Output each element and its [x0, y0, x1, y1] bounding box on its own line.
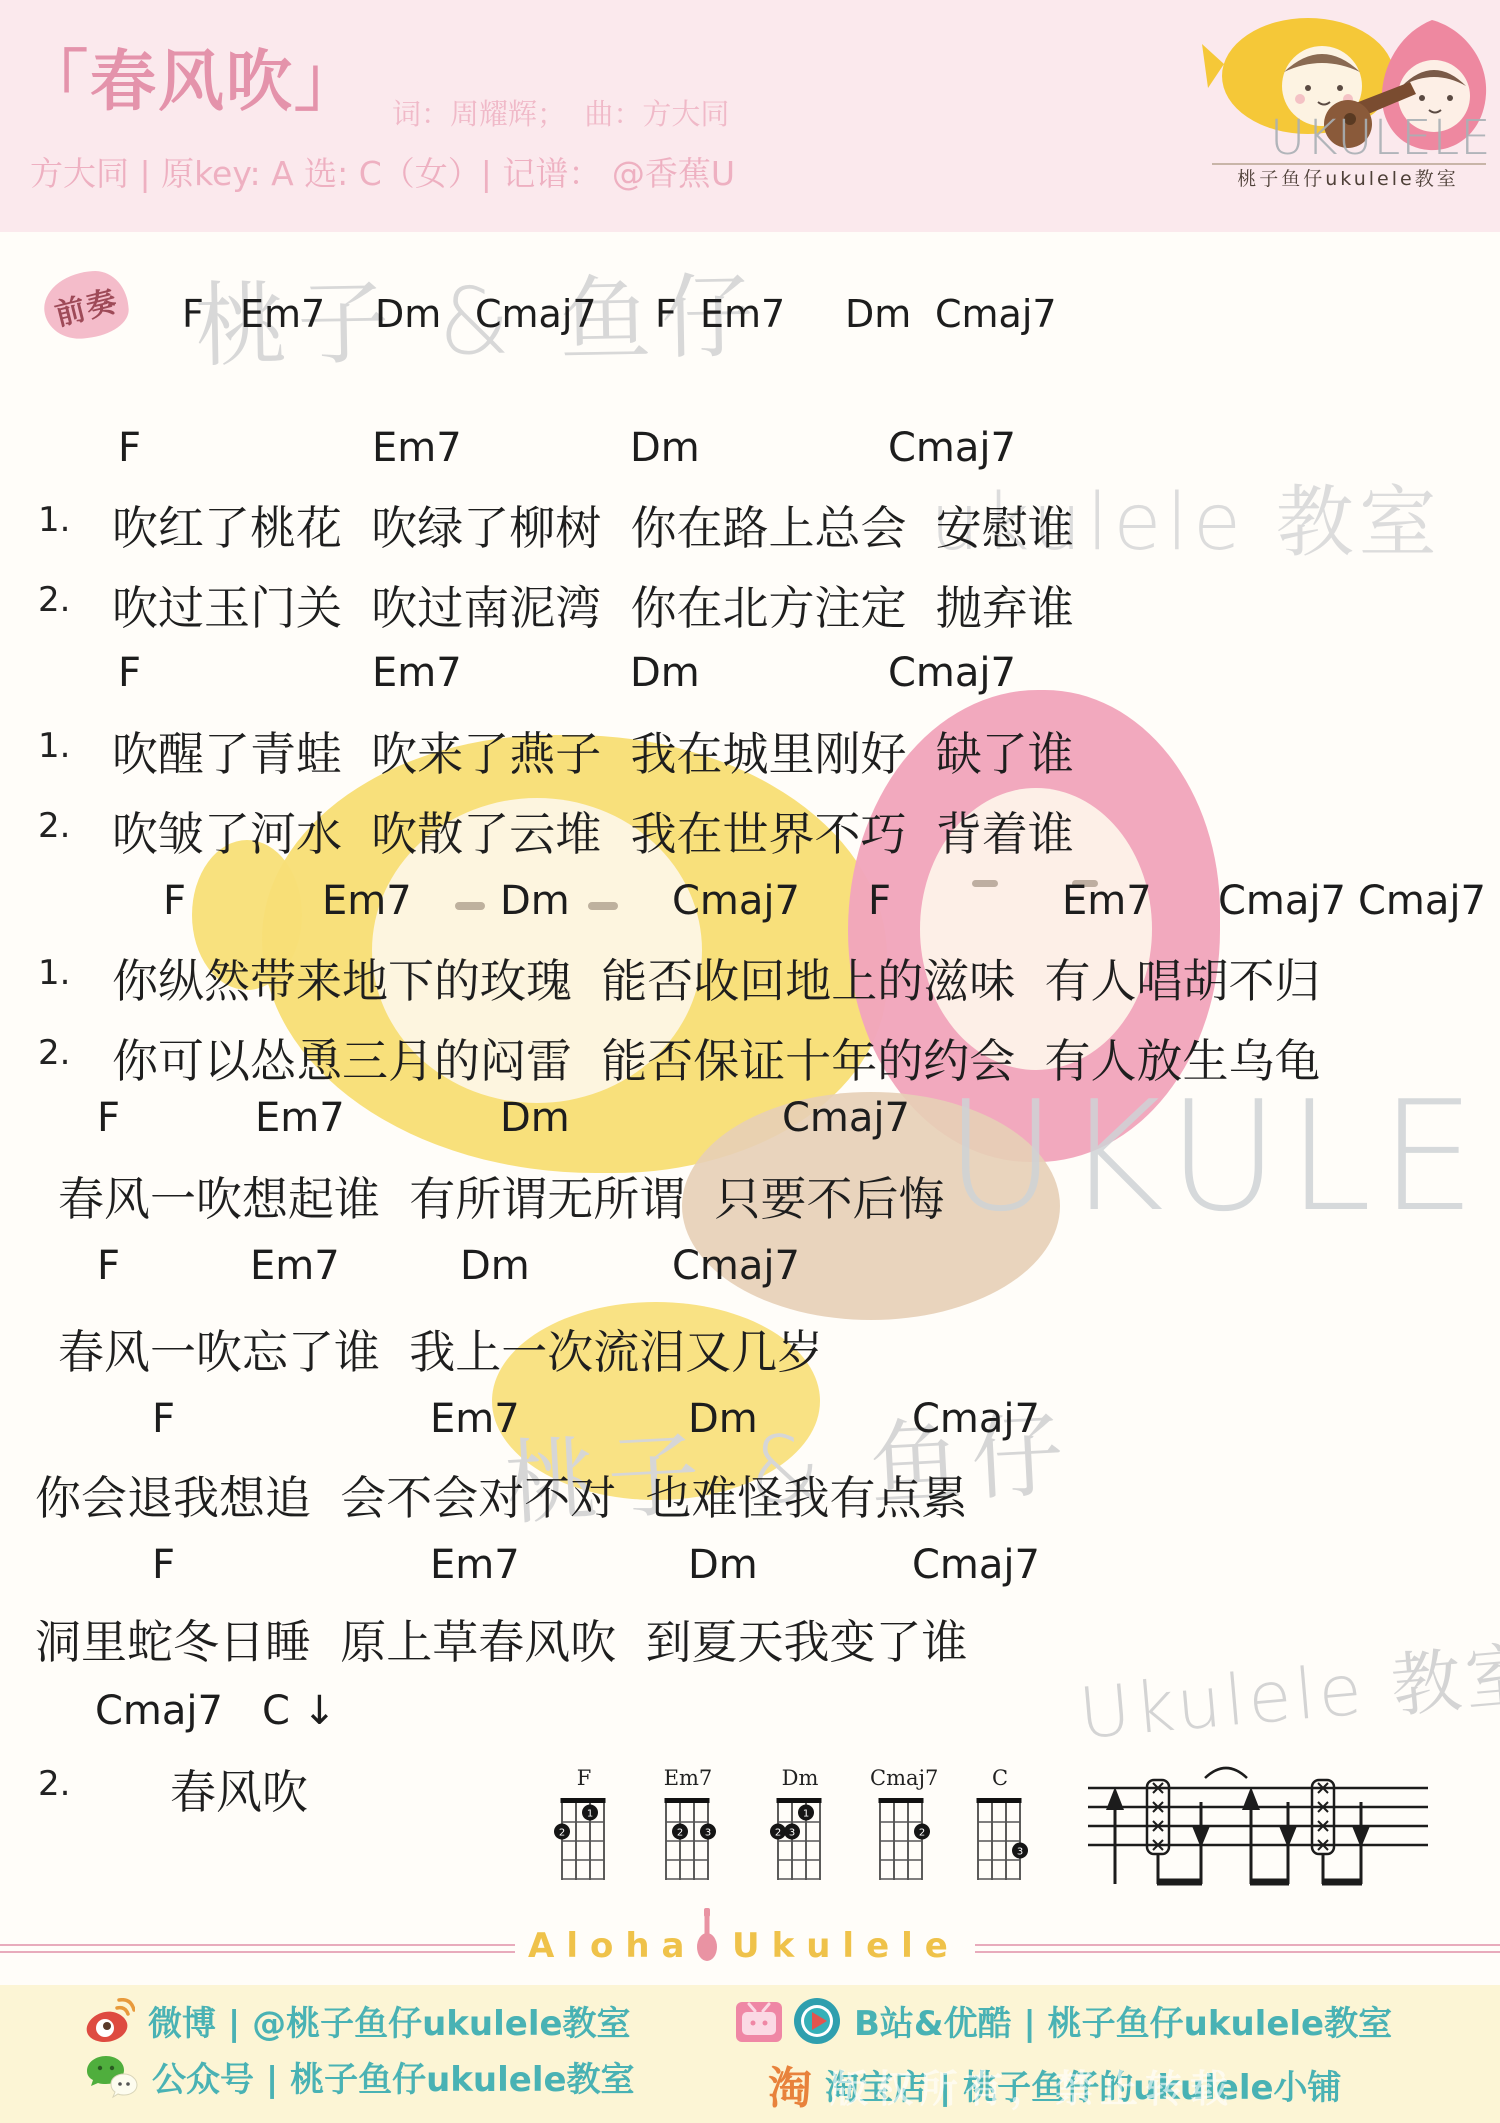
- chord-label: Cmaj7: [912, 1396, 1040, 1442]
- copyright-watermark: 版权所有，禁止转载: [830, 2058, 1235, 2113]
- chord-diagram-Cmaj7: Cmaj72: [870, 1766, 934, 1888]
- svg-text:2: 2: [559, 1827, 565, 1838]
- lyric-line: 你会退我想追 会不会对不对 也难怪我有点累: [0, 1462, 1500, 1524]
- chord-label: Cmaj7: [888, 425, 1016, 471]
- studio-logo-icon: UKULELE 桃子鱼仔ukulele教室: [1200, 6, 1495, 190]
- chord-label: Em7: [430, 1542, 520, 1588]
- verse-number: 1.: [38, 726, 70, 766]
- svg-text:1: 1: [803, 1808, 809, 1819]
- divider-line-right: [975, 1944, 1500, 1953]
- footer-link-label: 公众号 | 桃子鱼仔ukulele教室: [152, 2052, 635, 2101]
- chord-label: F: [118, 650, 141, 696]
- chord-label: Cmaj7: [888, 650, 1016, 696]
- chord-label: Cmaj7: [95, 1688, 223, 1734]
- lyric-text: 洞里蛇冬日睡 原上草春风吹 到夏天我变了谁: [35, 1606, 968, 1672]
- chord-row: Cmaj7C ↓: [0, 1688, 1500, 1740]
- footer-link-video: B站&优酷 | 桃子鱼仔ukulele教室: [735, 1996, 1392, 2045]
- verse-number: 1.: [38, 500, 70, 540]
- chord-label: Cmaj7: [1218, 878, 1346, 924]
- lyric-line: 2.你可以怂恿三月的闷雷 能否保证十年的约会 有人放生乌龟: [0, 1025, 1500, 1087]
- song-title: 「春风吹」: [22, 28, 362, 123]
- ukulele-text: Ukulele: [732, 1926, 960, 1966]
- lyric-text: 你会退我想追 会不会对不对 也难怪我有点累: [35, 1462, 968, 1528]
- chord-sheet-page: 桃子 & 鱼仔 ukulele 教室 UKULELE 桃子 & 鱼仔 Ukule…: [0, 0, 1500, 2123]
- fretboard-grid-icon: 3: [970, 1790, 1030, 1884]
- fretboard-grid-icon: 23: [658, 1790, 718, 1884]
- svg-text:3: 3: [1017, 1846, 1023, 1857]
- chord-label: Dm: [500, 878, 570, 924]
- chord-label: F: [118, 425, 141, 471]
- lyric-text: 春风吹: [170, 1756, 308, 1822]
- chord-diagram-label: F: [552, 1766, 616, 1790]
- svg-text:2: 2: [919, 1827, 925, 1838]
- chord-label: Cmaj7: [935, 292, 1057, 336]
- chord-label: Dm: [630, 650, 700, 696]
- chord-diagram-Dm: Dm231: [768, 1766, 832, 1888]
- chord-label: Em7: [240, 292, 325, 336]
- lyric-line: 春风一吹想起谁 有所谓无所谓 只要不后悔: [0, 1163, 1500, 1225]
- lyric-text: 吹醒了青蛙 吹来了燕子 我在城里刚好 缺了谁: [112, 718, 1074, 784]
- chord-label: F: [182, 292, 204, 336]
- chord-label: Dm: [688, 1542, 758, 1588]
- chord-diagram-label: Em7: [656, 1766, 720, 1790]
- fretboard-grid-icon: 231: [770, 1790, 830, 1884]
- verse-number: 1.: [38, 953, 70, 993]
- chord-row: FEm7DmCmaj7: [0, 425, 1500, 477]
- chord-row: FEm7DmCmaj7: [0, 1396, 1500, 1448]
- chord-label: Dm: [845, 292, 911, 336]
- chord-diagram-Em7: Em723: [656, 1766, 720, 1888]
- chord-label: Dm: [500, 1095, 570, 1141]
- chord-label: Cmaj7: [782, 1095, 910, 1141]
- chord-label: Cmaj7: [475, 292, 597, 336]
- chord-label: Em7: [255, 1095, 345, 1141]
- lyric-line: 春风一吹忘了谁 我上一次流泪又几岁: [0, 1316, 1500, 1378]
- chord-label: Em7: [430, 1396, 520, 1442]
- header-band: 「春风吹」 词：周耀辉； 曲：方大同 方大同 | 原key: A 选: C（女）…: [0, 0, 1500, 232]
- chord-label: F: [97, 1243, 120, 1289]
- svg-text:3: 3: [789, 1827, 795, 1838]
- song-credits: 词：周耀辉； 曲：方大同: [392, 92, 729, 133]
- taobao-icon: 淘: [768, 2052, 812, 2116]
- lyric-text: 吹过玉门关 吹过南泥湾 你在北方注定 抛弃谁: [112, 572, 1074, 638]
- lyric-line: 1.你纵然带来地下的玫瑰 能否收回地上的滋味 有人唱胡不归: [0, 945, 1500, 1007]
- divider-line-left: [0, 1944, 515, 1953]
- footer-link-wechat: 公众号 | 桃子鱼仔ukulele教室: [85, 2052, 635, 2101]
- chord-label: C ↓: [262, 1688, 336, 1734]
- chord-label: F: [868, 878, 891, 924]
- chord-row: FEm7DmCmaj7: [0, 650, 1500, 702]
- lyric-text: 吹红了桃花 吹绿了柳树 你在路上总会 安慰谁: [112, 492, 1074, 558]
- chord-label: Em7: [1062, 878, 1152, 924]
- fretboard-grid-icon: 12: [554, 1790, 614, 1884]
- chord-diagram-label: C: [968, 1766, 1032, 1790]
- chord-row: FEm7DmCmaj7: [0, 1243, 1500, 1295]
- wechat-icon: [85, 2054, 139, 2100]
- chord-label: Em7: [700, 292, 785, 336]
- svg-text:1: 1: [587, 1808, 593, 1819]
- logo-school-name: 桃子鱼仔ukulele教室: [1237, 168, 1458, 190]
- chord-row: FEm7DmCmaj7: [0, 1542, 1500, 1594]
- bilibili-icon: [735, 1999, 783, 2043]
- verse-number: 2.: [38, 1033, 70, 1073]
- lyric-text: 你可以怂恿三月的闷雷 能否保证十年的约会 有人放生乌龟: [112, 1025, 1321, 1091]
- footer-link-label: B站&优酷 | 桃子鱼仔ukulele教室: [854, 1996, 1392, 2045]
- verse-number: 2.: [38, 1764, 70, 1804]
- chord-diagram-F: F12: [552, 1766, 616, 1888]
- svg-text:3: 3: [705, 1827, 711, 1838]
- chord-label: F: [163, 878, 186, 924]
- youku-icon: [793, 1997, 841, 2045]
- chord-label: Cmaj7: [912, 1542, 1040, 1588]
- chord-label: Em7: [250, 1243, 340, 1289]
- lyric-line: 2.吹过玉门关 吹过南泥湾 你在北方注定 抛弃谁: [0, 572, 1500, 634]
- chord-label: Dm: [460, 1243, 530, 1289]
- lyric-text: 春风一吹想起谁 有所谓无所谓 只要不后悔: [58, 1163, 945, 1229]
- chord-row: FEm7DmCmaj7FEm7Cmaj7Cmaj7: [0, 878, 1500, 930]
- chord-row: FEm7DmCmaj7: [0, 1095, 1500, 1147]
- verse-number: 2.: [38, 806, 70, 846]
- lyric-text: 春风一吹忘了谁 我上一次流泪又几岁: [58, 1316, 823, 1382]
- chord-label: Dm: [688, 1396, 758, 1442]
- chord-label: Em7: [372, 425, 462, 471]
- chord-label: Cmaj7: [672, 878, 800, 924]
- svg-text:2: 2: [775, 1827, 781, 1838]
- chord-label: Cmaj7: [1358, 878, 1486, 924]
- lyric-line: 洞里蛇冬日睡 原上草春风吹 到夏天我变了谁: [0, 1606, 1500, 1668]
- footer-link-label: 微博 | @桃子鱼仔ukulele教室: [148, 1996, 631, 2045]
- chord-label: Em7: [372, 650, 462, 696]
- lyric-line: 1.吹红了桃花 吹绿了柳树 你在路上总会 安慰谁: [0, 492, 1500, 554]
- aloha-text: Aloha: [528, 1926, 696, 1966]
- weibo-icon: [85, 1998, 135, 2044]
- intro-badge: 前奏: [41, 268, 131, 342]
- footer-link-weibo: 微博 | @桃子鱼仔ukulele教室: [85, 1996, 631, 2045]
- chord-label: Cmaj7: [672, 1243, 800, 1289]
- chord-label: F: [655, 292, 677, 336]
- lyric-text: 吹皱了河水 吹散了云堆 我在世界不巧 背着谁: [112, 798, 1074, 864]
- verse-number: 2.: [38, 580, 70, 620]
- lyric-line: 2.吹皱了河水 吹散了云堆 我在世界不巧 背着谁: [0, 798, 1500, 860]
- song-meta: 方大同 | 原key: A 选: C（女）| 记谱： @香蕉U: [30, 148, 735, 195]
- chord-label: Em7: [322, 878, 412, 924]
- chord-label: F: [97, 1095, 120, 1141]
- chord-diagram-C: C3: [968, 1766, 1032, 1888]
- lyric-line: 1.吹醒了青蛙 吹来了燕子 我在城里刚好 缺了谁: [0, 718, 1500, 780]
- fretboard-grid-icon: 2: [872, 1790, 932, 1884]
- logo-wordmark: UKULELE: [1270, 110, 1492, 166]
- chord-label: Dm: [375, 292, 441, 336]
- mini-ukulele-icon: [694, 1906, 720, 1964]
- chord-label: F: [152, 1542, 175, 1588]
- intro-badge-label: 前奏: [50, 276, 123, 334]
- chord-diagram-label: Dm: [768, 1766, 832, 1790]
- chord-label: Dm: [630, 425, 700, 471]
- svg-text:2: 2: [677, 1827, 683, 1838]
- chord-diagram-label: Cmaj7: [870, 1766, 934, 1790]
- strum-pattern-staff: [1083, 1758, 1433, 1898]
- lyric-text: 你纵然带来地下的玫瑰 能否收回地上的滋味 有人唱胡不归: [112, 945, 1321, 1011]
- chord-label: F: [152, 1396, 175, 1442]
